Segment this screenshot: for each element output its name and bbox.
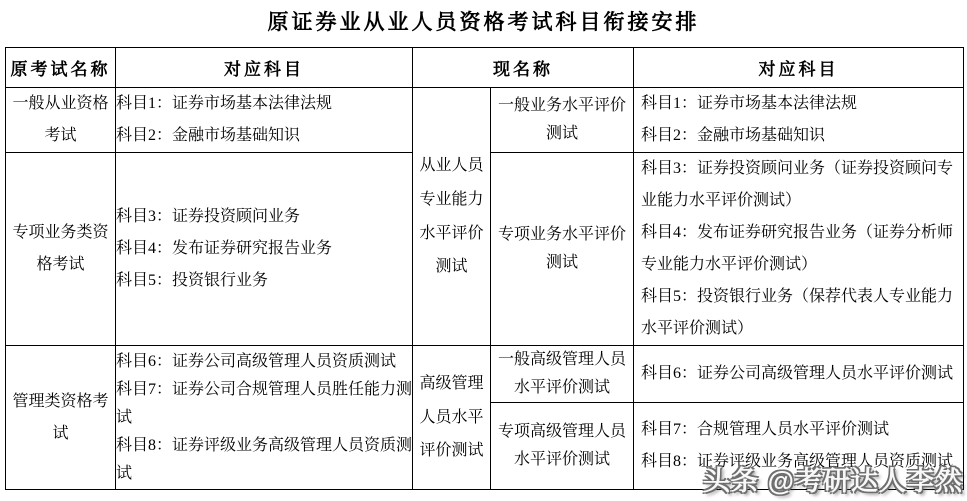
- document-page: 原证券业从业人员资格考试科目衔接安排 原考试名称 对应科目 现名称 对应科目 一…: [0, 0, 967, 501]
- old-subjects-cell-specialized: 科目3：证券投资顾问业务 科目4：发布证券研究报告业务 科目5：投资银行业务: [116, 153, 413, 346]
- old-subjects-cell-management: 科目6：证券公司高级管理人员资质测试 科目7：证券公司合规管理人员胜任能力测试 …: [116, 346, 413, 490]
- new-test-name-cell-general-business: 一般业务水平评价测试: [491, 88, 634, 153]
- subject-line: 科目5：投资银行业务: [116, 265, 412, 297]
- subject-line: 科目7：证券公司合规管理人员胜任能力测试: [116, 376, 412, 432]
- new-category-cell-senior-management: 高级管理人员水平评价测试: [413, 346, 491, 490]
- new-subjects-cell-general-business: 科目1：证券市场基本法律法规 科目2：金融市场基础知识: [634, 88, 964, 153]
- subject-line: 科目5：投资银行业务（保荐代表人专业能力水平评价测试）: [641, 281, 956, 345]
- old-exam-name-cell-general: 一般从业资格考试: [6, 88, 116, 153]
- subject-line: 科目8：证券评级业务高级管理人员资质测试: [116, 432, 412, 488]
- subject-line: 科目3：证券投资顾问业务（证券投资顾问专业能力水平评价测试）: [641, 153, 956, 217]
- new-subjects-cell-general-senior: 科目6：证券公司高级管理人员水平评价测试: [634, 346, 964, 403]
- exam-subject-mapping-table: 原考试名称 对应科目 现名称 对应科目 一般从业资格考试 科目1：证券市场基本法…: [5, 47, 964, 490]
- new-subjects-cell-specialized-business: 科目3：证券投资顾问业务（证券投资顾问专业能力水平评价测试） 科目4：发布证券研…: [634, 153, 964, 346]
- subject-line: 科目2：金融市场基础知识: [641, 120, 956, 152]
- row-general-qualification: 一般从业资格考试 科目1：证券市场基本法律法规 科目2：金融市场基础知识 从业人…: [6, 88, 964, 153]
- subject-line: 科目1：证券市场基本法律法规: [116, 88, 412, 120]
- watermark-toutiao: 头条 @考研达人李然: [703, 459, 963, 498]
- subject-line: 科目7：合规管理人员水平评价测试: [641, 414, 956, 446]
- subject-line: 科目4：发布证券研究报告业务（证券分析师专业能力水平评价测试）: [641, 217, 956, 281]
- header-cell-new-subjects: 对应科目: [634, 48, 964, 88]
- new-test-name-cell-specialized-senior: 专项高级管理人员水平评价测试: [491, 403, 634, 490]
- old-subjects-cell-general: 科目1：证券市场基本法律法规 科目2：金融市场基础知识: [116, 88, 413, 153]
- subject-line: 科目2：金融市场基础知识: [116, 120, 412, 152]
- subject-line: 科目1：证券市场基本法律法规: [641, 88, 956, 120]
- header-cell-new-name: 现名称: [413, 48, 634, 88]
- header-row: 原考试名称 对应科目 现名称 对应科目: [6, 48, 964, 88]
- row-management-general: 管理类资格考试 科目6：证券公司高级管理人员资质测试 科目7：证券公司合规管理人…: [6, 346, 964, 403]
- new-category-cell-practitioner: 从业人员专业能力水平评价测试: [413, 88, 491, 346]
- new-test-name-cell-general-senior: 一般高级管理人员水平评价测试: [491, 346, 634, 403]
- new-test-name-cell-specialized-business: 专项业务水平评价测试: [491, 153, 634, 346]
- subject-line: 科目3：证券投资顾问业务: [116, 201, 412, 233]
- header-cell-old-subjects: 对应科目: [116, 48, 413, 88]
- subject-line: 科目4：发布证券研究报告业务: [116, 233, 412, 265]
- header-cell-old-exam-name: 原考试名称: [6, 48, 116, 88]
- subject-line: 科目6：证券公司高级管理人员资质测试: [116, 348, 412, 376]
- old-exam-name-cell-management: 管理类资格考试: [6, 346, 116, 490]
- page-title: 原证券业从业人员资格考试科目衔接安排: [0, 6, 967, 36]
- subject-line: 科目6：证券公司高级管理人员水平评价测试: [641, 358, 956, 390]
- old-exam-name-cell-specialized: 专项业务类资格考试: [6, 153, 116, 346]
